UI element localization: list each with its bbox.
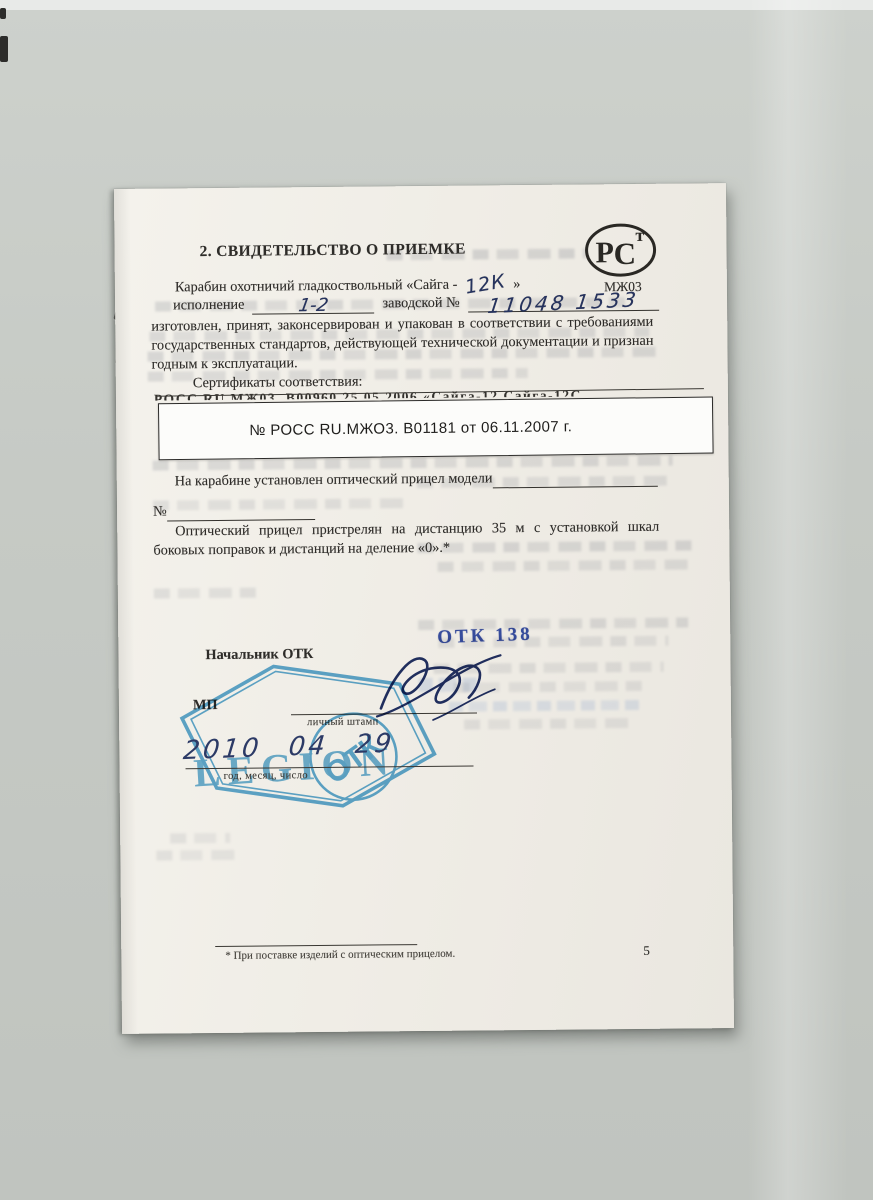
rst-letter-p: Р <box>595 236 614 269</box>
serial-field: 11048 1533 <box>468 291 660 313</box>
optics-line1-text: На карабине установлен оптический прицел… <box>153 469 493 491</box>
optics-number-blank <box>167 504 315 521</box>
scanner-background: 2. СВИДЕТЕЛЬСТВО О ПРИЕМКЕ Р С т МЖ03 Ка… <box>0 0 873 1200</box>
scan-artifact <box>0 36 8 62</box>
document-page: 2. СВИДЕТЕЛЬСТВО О ПРИЕМКЕ Р С т МЖ03 Ка… <box>114 183 734 1034</box>
exec-field: 1-2 <box>252 293 374 314</box>
bleed-through-line <box>438 559 688 571</box>
certificate-label-text: № РОСС RU.МЖО3. В01181 от 06.11.2007 г. <box>159 418 572 440</box>
signature-handwritten <box>370 643 507 728</box>
rst-letter-t: т <box>635 225 644 245</box>
bleed-through-line <box>154 588 264 599</box>
certificate-label: № РОСС RU.МЖО3. В01181 от 06.11.2007 г. <box>158 396 714 460</box>
optics-number-label: № <box>153 502 167 521</box>
serial-label: заводской № <box>382 294 459 314</box>
footnote: * При поставке изделий с оптическим приц… <box>225 948 455 962</box>
footnote-rule <box>215 944 417 947</box>
scan-light-band <box>748 0 848 1200</box>
page-title: 2. СВИДЕТЕЛЬСТВО О ПРИЕМКЕ <box>199 241 465 262</box>
optics-number-line: № <box>153 501 315 522</box>
scan-artifact <box>0 8 6 19</box>
optics-paragraph: Оптический прицел пристрелян на дистанци… <box>153 518 659 561</box>
date-caption: год, месяц, число <box>224 770 308 782</box>
bleed-through-line <box>170 833 230 844</box>
exec-handwritten-entry: 1-2 <box>297 296 330 315</box>
exec-label: исполнение <box>151 296 245 316</box>
rst-letter-c: С <box>613 236 636 271</box>
intro-line2: исполнение 1-2 заводской № 11048 1533 <box>151 291 659 316</box>
bleed-through-line <box>156 850 236 861</box>
optics-model-blank <box>492 471 657 489</box>
scan-edge-strip <box>0 0 873 10</box>
page-number: 5 <box>643 943 650 959</box>
intro-line1-closing-quote: » <box>513 276 520 292</box>
optics-line1: На карабине установлен оптический прицел… <box>153 468 658 492</box>
acceptance-statement: изготовлен, принят, законсервирован и уп… <box>151 313 654 375</box>
